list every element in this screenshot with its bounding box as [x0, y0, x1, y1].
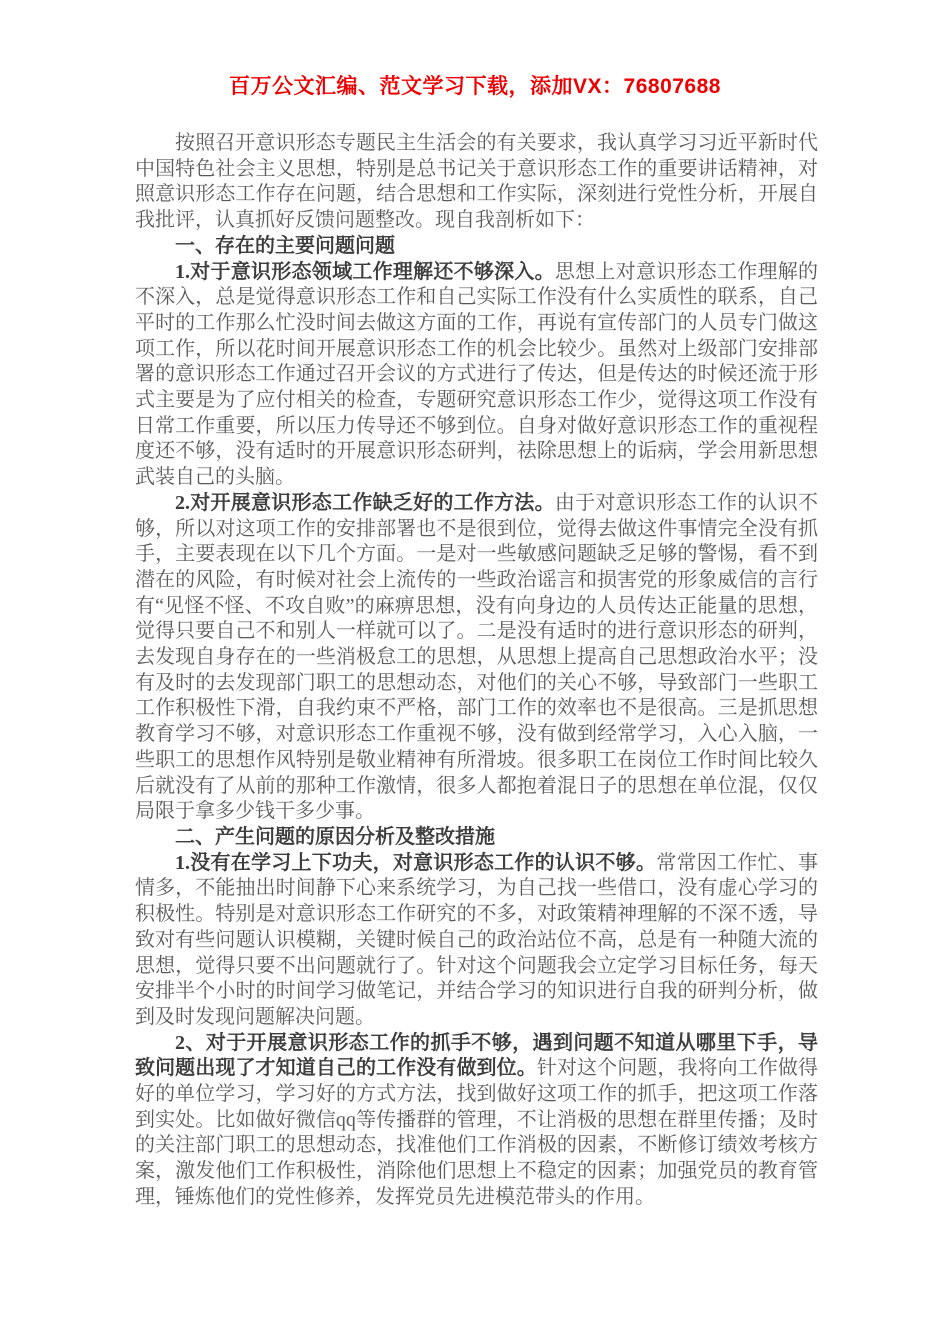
- paragraph-lead: 1.对于意识形态领域工作理解还不够深入。: [175, 261, 555, 283]
- section-heading-1: 一、存在的主要问题问题: [135, 234, 818, 260]
- paragraph-text: 常常因工作忙、事情多，不能抽出时间静下心来系统学习，为自己找一些借口，没有虚心学…: [135, 852, 818, 1028]
- document-page: 百万公文汇编、范文学习下载，添加VX：76807688 按照召开意识形态专题民主…: [0, 0, 950, 1344]
- paragraph-text: 针对这个问题，我将向工作做得好的单位学习，学习好的方式方法，找到做好这项工作的抓…: [135, 1057, 818, 1208]
- paragraph-lead: 1.没有在学习上下功夫，对意识形态工作的认识不够。: [175, 852, 656, 874]
- promo-header-text: 百万公文汇编、范文学习下载，添加VX：76807688: [0, 70, 950, 100]
- paragraph-lead: 2.对开展意识形态工作缺乏好的工作方法。: [175, 492, 555, 514]
- document-body: 按照召开意识形态专题民主生活会的有关要求，我认真学习习近平新时代中国特色社会主义…: [0, 131, 950, 1211]
- paragraph-intro: 按照召开意识形态专题民主生活会的有关要求，我认真学习习近平新时代中国特色社会主义…: [135, 131, 818, 234]
- section-heading-2: 二、产生问题的原因分析及整改措施: [135, 825, 818, 851]
- paragraph-problem-2: 2.对开展意识形态工作缺乏好的工作方法。由于对意识形态工作的认识不够，所以对这项…: [135, 491, 818, 825]
- paragraph-cause-2: 2、对于开展意识形态工作的抓手不够，遇到问题不知道从哪里下手，导致问题出现了才知…: [135, 1031, 818, 1211]
- paragraph-cause-1: 1.没有在学习上下功夫，对意识形态工作的认识不够。常常因工作忙、事情多，不能抽出…: [135, 851, 818, 1031]
- paragraph-text: 思想上对意识形态工作理解的不深入，总是觉得意识形态工作和自己实际工作没有什么实质…: [135, 261, 818, 489]
- paragraph-text: 由于对意识形态工作的认识不够，所以对这项工作的安排部署也不是很到位，觉得去做这件…: [135, 492, 818, 822]
- paragraph-text: 按照召开意识形态专题民主生活会的有关要求，我认真学习习近平新时代中国特色社会主义…: [135, 132, 818, 231]
- paragraph-problem-1: 1.对于意识形态领域工作理解还不够深入。思想上对意识形态工作理解的不深入，总是觉…: [135, 260, 818, 491]
